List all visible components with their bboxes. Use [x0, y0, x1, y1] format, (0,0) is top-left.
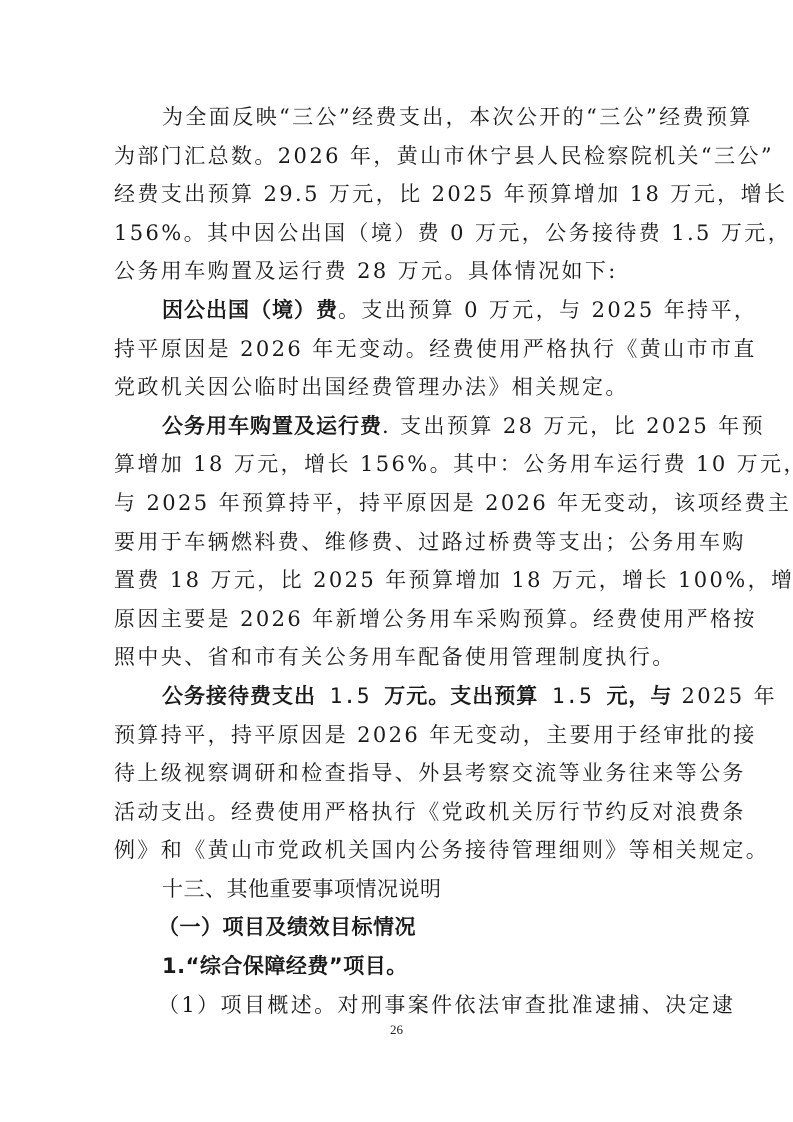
- text-line: 156%。其中因公出国（境）费 0 万元，公务接待费 1.5 万元，: [114, 214, 694, 253]
- paragraph-three-public-expenses-intro: 为全面反映“三公”经费支出，本次公开的“三公”经费预算 为部门汇总数。2026 …: [114, 98, 694, 291]
- text-line: 经费支出预算 29.5 万元，比 2025 年预算增加 18 万元，增长: [114, 175, 694, 214]
- paragraph-reception-expense: 公务接待费支出 1.5 万元。支出预算 1.5 元，与 2025 年 预算持平，…: [114, 677, 694, 870]
- text-run: 。支出预算 0 万元，与 2025 年持平，: [338, 298, 757, 322]
- paragraph-title: 公务用车购置及运行费: [162, 414, 382, 438]
- section-heading: 十三、其他重要事项情况说明: [114, 870, 694, 909]
- text-line: 算增加 18 万元，增长 156%。其中：公务用车运行费 10 万元，: [114, 445, 694, 484]
- item-heading: 1.“综合保障经费”项目。: [114, 947, 694, 986]
- text-line: 因公出国（境）费。支出预算 0 万元，与 2025 年持平，: [114, 291, 694, 330]
- paragraph-overseas-travel-expense: 因公出国（境）费。支出预算 0 万元，与 2025 年持平， 持平原因是 202…: [114, 291, 694, 407]
- text-line: 置费 18 万元，比 2025 年预算增加 18 万元，增长 100%，增长: [114, 561, 694, 600]
- item-overview-line: （1）项目概述。对刑事案件依法审查批准逮捕、决定逮: [114, 986, 694, 1025]
- text-line: 活动支出。经费使用严格执行《党政机关厉行节约反对浪费条: [114, 793, 694, 832]
- text-line: 与 2025 年预算持平，持平原因是 2026 年无变动，该项经费主: [114, 484, 694, 523]
- text-line: 为部门汇总数。2026 年，黄山市休宁县人民检察院机关“三公”: [114, 137, 694, 176]
- text-line: 待上级视察调研和检查指导、外县考察交流等业务往来等公务: [114, 754, 694, 793]
- text-line: 公务接待费支出 1.5 万元。支出预算 1.5 元，与 2025 年: [114, 677, 694, 716]
- paragraph-vehicle-expense: 公务用车购置及运行费. 支出预算 28 万元，比 2025 年预 算增加 18 …: [114, 407, 694, 677]
- paragraph-title: 公务接待费支出: [162, 684, 316, 708]
- subsection-heading: （一）项目及绩效目标情况: [114, 908, 694, 947]
- paragraph-title: 因公出国（境）费: [162, 298, 338, 322]
- text-line: 公务用车购置及运行费 28 万元。具体情况如下:: [114, 252, 694, 291]
- document-body: 为全面反映“三公”经费支出，本次公开的“三公”经费预算 为部门汇总数。2026 …: [114, 98, 694, 1024]
- text-line: 预算持平，持平原因是 2026 年无变动，主要用于经审批的接: [114, 716, 694, 755]
- paragraph-title: 万元。支出预算: [384, 684, 538, 708]
- text-line: 持平原因是 2026 年无变动。经费使用严格执行《黄山市市直: [114, 330, 694, 369]
- document-page: 为全面反映“三公”经费支出，本次公开的“三公”经费预算 为部门汇总数。2026 …: [0, 0, 793, 1122]
- paragraph-title: 元，与: [606, 684, 672, 708]
- text-line: 要用于车辆燃料费、维修费、过路过桥费等支出；公务用车购: [114, 523, 694, 562]
- amount: 1.5: [538, 684, 606, 708]
- text-line: 例》和《黄山市党政机关国内公务接待管理细则》等相关规定。: [114, 831, 694, 870]
- text-line: 为全面反映“三公”经费支出，本次公开的“三公”经费预算: [114, 98, 694, 137]
- text-line: 公务用车购置及运行费. 支出预算 28 万元，比 2025 年预: [114, 407, 694, 446]
- amount: 1.5: [316, 684, 384, 708]
- text-line: 党政机关因公临时出国经费管理办法》相关规定。: [114, 368, 694, 407]
- text-run: . 支出预算 28 万元，比 2025 年预: [382, 414, 765, 438]
- page-number: 26: [0, 1022, 793, 1038]
- text-line: 原因主要是 2026 年新增公务用车采购预算。经费使用严格按: [114, 600, 694, 639]
- text-run: 2025 年: [672, 684, 777, 708]
- text-line: 照中央、省和市有关公务用车配备使用管理制度执行。: [114, 638, 694, 677]
